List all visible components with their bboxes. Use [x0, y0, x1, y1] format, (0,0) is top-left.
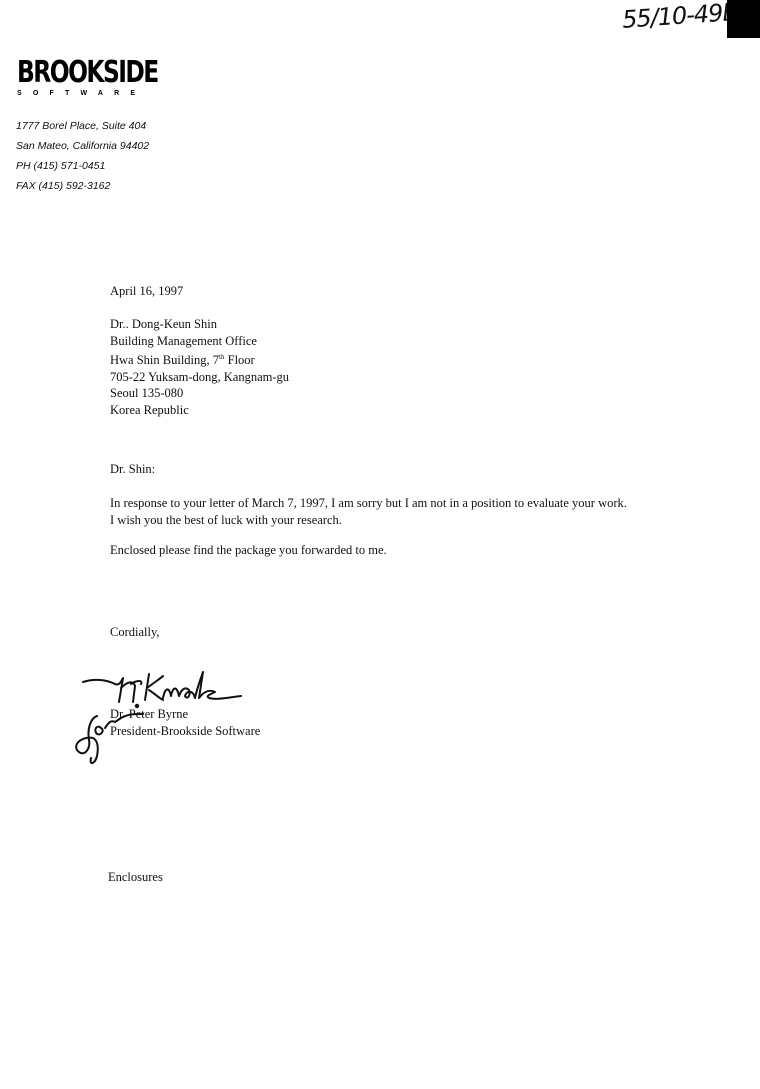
- logo-subtitle: SOFTWARE: [17, 90, 197, 97]
- body-paragraph-2: Enclosed please find the package you for…: [110, 543, 387, 558]
- handwritten-document-code: 55/10-49L: [621, 0, 735, 34]
- sender-phone: PH (415) 571-0451: [16, 156, 149, 176]
- letter-date: April 16, 1997: [110, 284, 183, 299]
- enclosures-note: Enclosures: [108, 870, 163, 885]
- logo-wordmark: BROOKSIDE: [17, 58, 158, 88]
- recipient-building: Hwa Shin Building, 7th Floor: [110, 349, 289, 369]
- signer-block: Dr. Peter Byrne President-Brookside Soft…: [110, 706, 260, 740]
- recipient-name: Dr.. Dong-Keun Shin: [110, 316, 289, 333]
- salutation: Dr. Shin:: [110, 462, 155, 477]
- recipient-street: 705-22 Yuksam-dong, Kangnam-gu: [110, 369, 289, 386]
- company-logo: BROOKSIDE SOFTWARE: [17, 58, 197, 97]
- body-line-1: In response to your letter of March 7, 1…: [110, 495, 627, 512]
- recipient-country: Korea Republic: [110, 402, 289, 419]
- closing: Cordially,: [110, 625, 160, 640]
- signer-name: Dr. Peter Byrne: [110, 706, 260, 723]
- sender-street: 1777 Borel Place, Suite 404: [16, 116, 149, 136]
- building-suffix: Floor: [225, 353, 255, 367]
- corner-black-tab: [727, 0, 760, 38]
- recipient-city: Seoul 135-080: [110, 385, 289, 402]
- recipient-office: Building Management Office: [110, 333, 289, 350]
- sender-address: 1777 Borel Place, Suite 404 San Mateo, C…: [16, 116, 149, 196]
- recipient-address: Dr.. Dong-Keun Shin Building Management …: [110, 316, 289, 418]
- body-paragraph-1: In response to your letter of March 7, 1…: [110, 495, 627, 529]
- body-line-2: I wish you the best of luck with your re…: [110, 512, 627, 529]
- sender-fax: FAX (415) 592-3162: [16, 176, 149, 196]
- signer-title: President-Brookside Software: [110, 723, 260, 740]
- building-prefix: Hwa Shin Building, 7: [110, 353, 219, 367]
- sender-city: San Mateo, California 94402: [16, 136, 149, 156]
